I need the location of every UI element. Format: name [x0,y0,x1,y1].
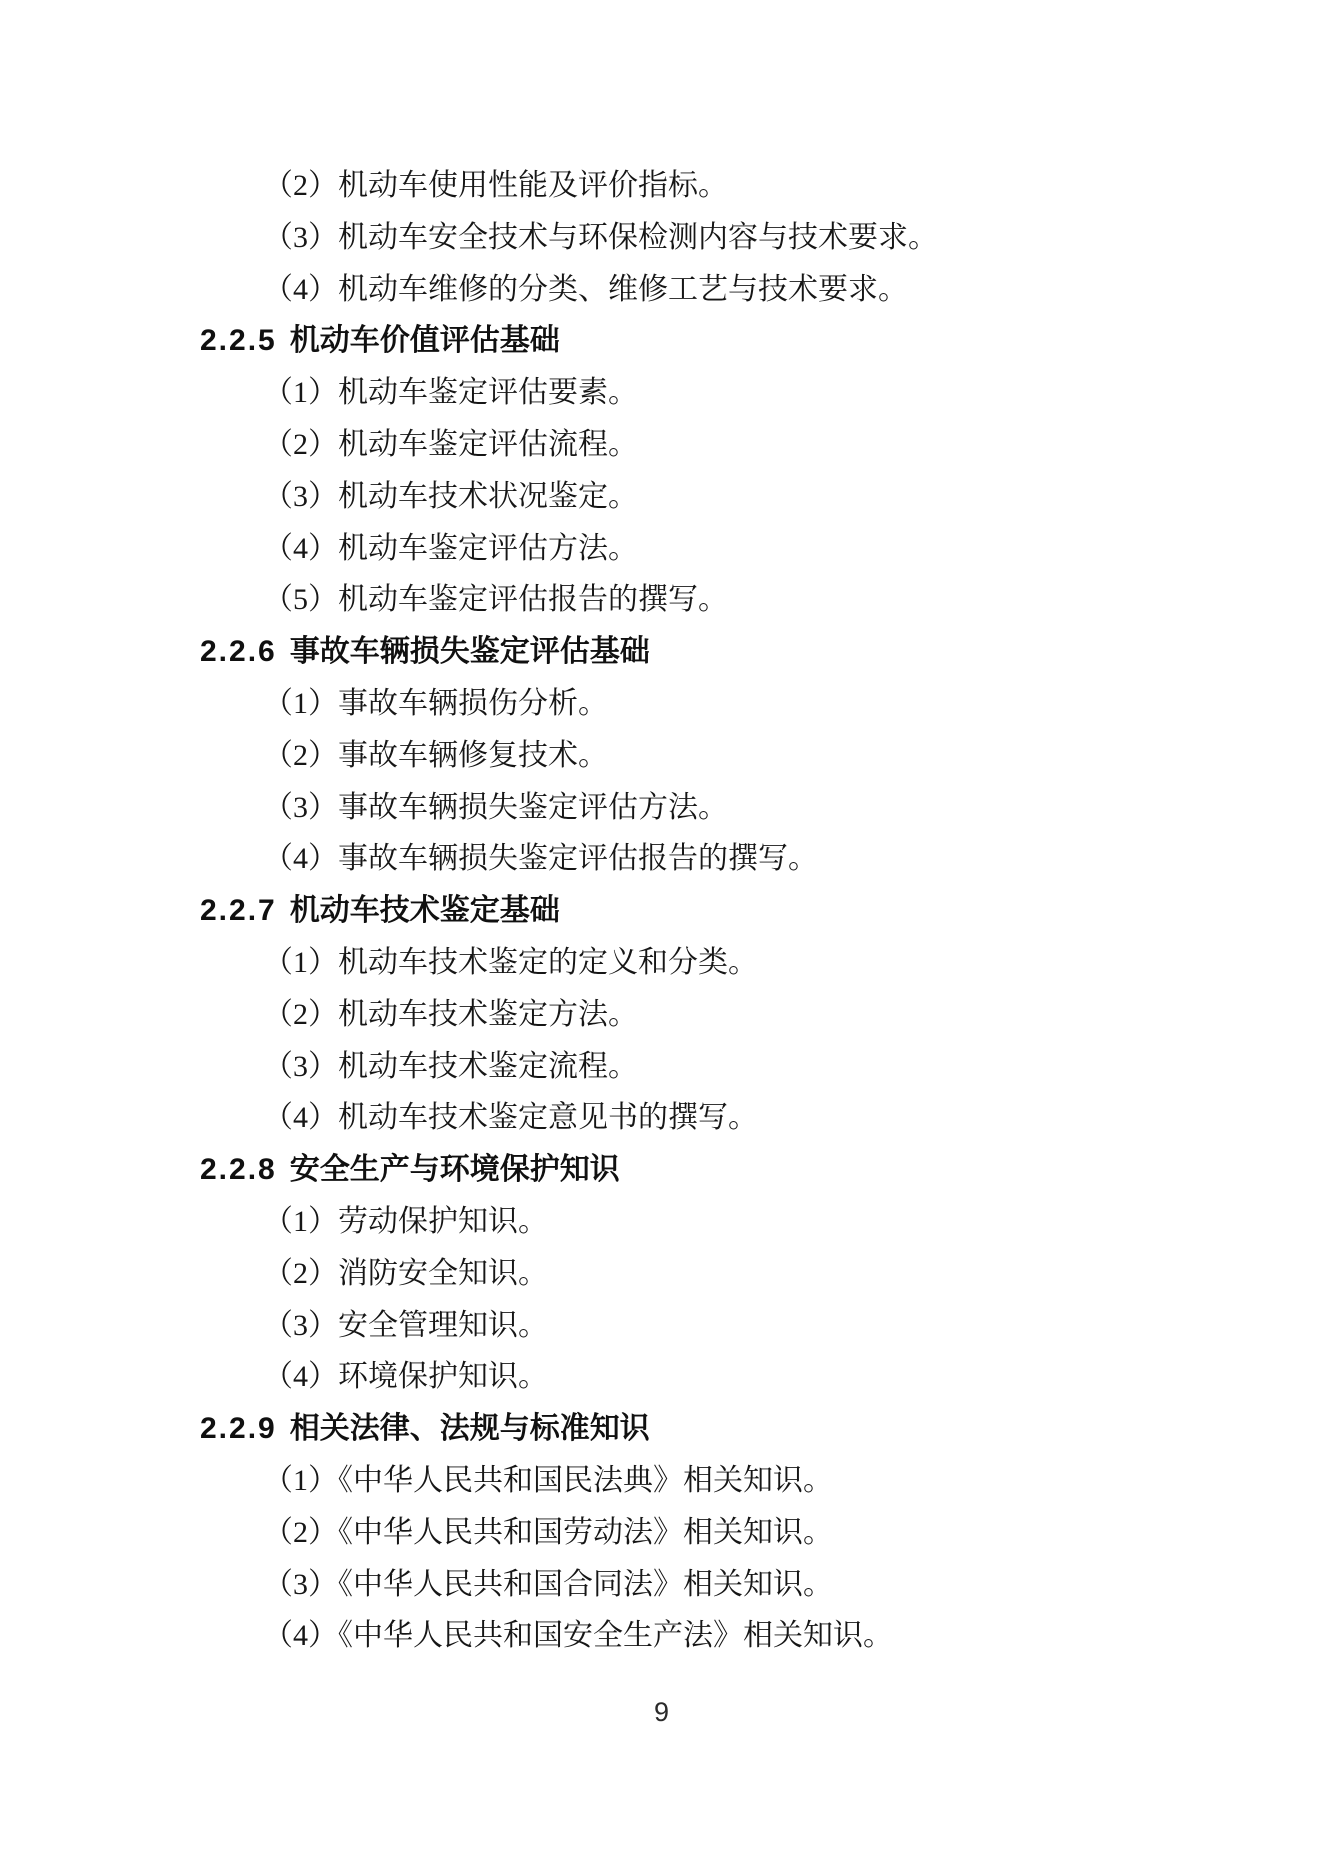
section-2-2-8: 2.2.8安全生产与环境保护知识 （1）劳动保护知识。 （2）消防安全知识。 （… [0,1144,1323,1403]
page-number: 9 [654,1697,669,1727]
page-footer: 9 [0,1694,1323,1730]
list-item: （3）机动车安全技术与环保检测内容与技术要求。 [0,212,1323,264]
section-heading: 2.2.5机动车价值评估基础 [0,315,1323,367]
list-item: （2）事故车辆修复技术。 [0,730,1323,782]
section-2-2-9: 2.2.9相关法律、法规与标准知识 （1）《中华人民共和国民法典》相关知识。 （… [0,1403,1323,1662]
section-number: 2.2.7 [200,894,277,927]
list-item: （5）机动车鉴定评估报告的撰写。 [0,574,1323,626]
list-item: （4）机动车鉴定评估方法。 [0,523,1323,575]
list-item: （3）事故车辆损失鉴定评估方法。 [0,782,1323,834]
section-heading: 2.2.8安全生产与环境保护知识 [0,1144,1323,1196]
list-item: （2）机动车使用性能及评价指标。 [0,160,1323,212]
section-number: 2.2.6 [200,635,277,668]
list-item: （3）机动车技术状况鉴定。 [0,471,1323,523]
list-item: （4）机动车维修的分类、维修工艺与技术要求。 [0,264,1323,316]
list-item: （4）《中华人民共和国安全生产法》相关知识。 [0,1610,1323,1662]
section-number: 2.2.8 [200,1153,277,1186]
section-2-2-5: 2.2.5机动车价值评估基础 （1）机动车鉴定评估要素。 （2）机动车鉴定评估流… [0,315,1323,626]
section-title: 事故车辆损失鉴定评估基础 [290,635,650,668]
list-item: （1）机动车技术鉴定的定义和分类。 [0,937,1323,989]
section-number: 2.2.5 [200,324,277,357]
section-title: 机动车技术鉴定基础 [290,894,560,927]
document-body: （2）机动车使用性能及评价指标。 （3）机动车安全技术与环保检测内容与技术要求。… [0,160,1323,1662]
list-item: （3）安全管理知识。 [0,1300,1323,1352]
list-item: （2）机动车技术鉴定方法。 [0,989,1323,1041]
section-number: 2.2.9 [200,1412,277,1445]
list-item: （1）劳动保护知识。 [0,1196,1323,1248]
list-item: （2）机动车鉴定评估流程。 [0,419,1323,471]
section-heading: 2.2.7机动车技术鉴定基础 [0,885,1323,937]
section-title: 相关法律、法规与标准知识 [290,1412,650,1445]
section-heading: 2.2.9相关法律、法规与标准知识 [0,1403,1323,1455]
list-item: （4）机动车技术鉴定意见书的撰写。 [0,1092,1323,1144]
list-item: （2）消防安全知识。 [0,1248,1323,1300]
section-title: 安全生产与环境保护知识 [290,1153,620,1186]
list-item: （3）《中华人民共和国合同法》相关知识。 [0,1559,1323,1611]
section-heading: 2.2.6事故车辆损失鉴定评估基础 [0,626,1323,678]
list-item: （4）环境保护知识。 [0,1351,1323,1403]
list-item: （3）机动车技术鉴定流程。 [0,1041,1323,1093]
list-item: （1）机动车鉴定评估要素。 [0,367,1323,419]
list-item: （1）事故车辆损伤分析。 [0,678,1323,730]
list-item: （1）《中华人民共和国民法典》相关知识。 [0,1455,1323,1507]
list-item: （4）事故车辆损失鉴定评估报告的撰写。 [0,833,1323,885]
list-item: （2）《中华人民共和国劳动法》相关知识。 [0,1507,1323,1559]
section-2-2-7: 2.2.7机动车技术鉴定基础 （1）机动车技术鉴定的定义和分类。 （2）机动车技… [0,885,1323,1144]
section-2-2-6: 2.2.6事故车辆损失鉴定评估基础 （1）事故车辆损伤分析。 （2）事故车辆修复… [0,626,1323,885]
document-page: （2）机动车使用性能及评价指标。 （3）机动车安全技术与环保检测内容与技术要求。… [0,0,1323,1871]
section-title: 机动车价值评估基础 [290,324,560,357]
